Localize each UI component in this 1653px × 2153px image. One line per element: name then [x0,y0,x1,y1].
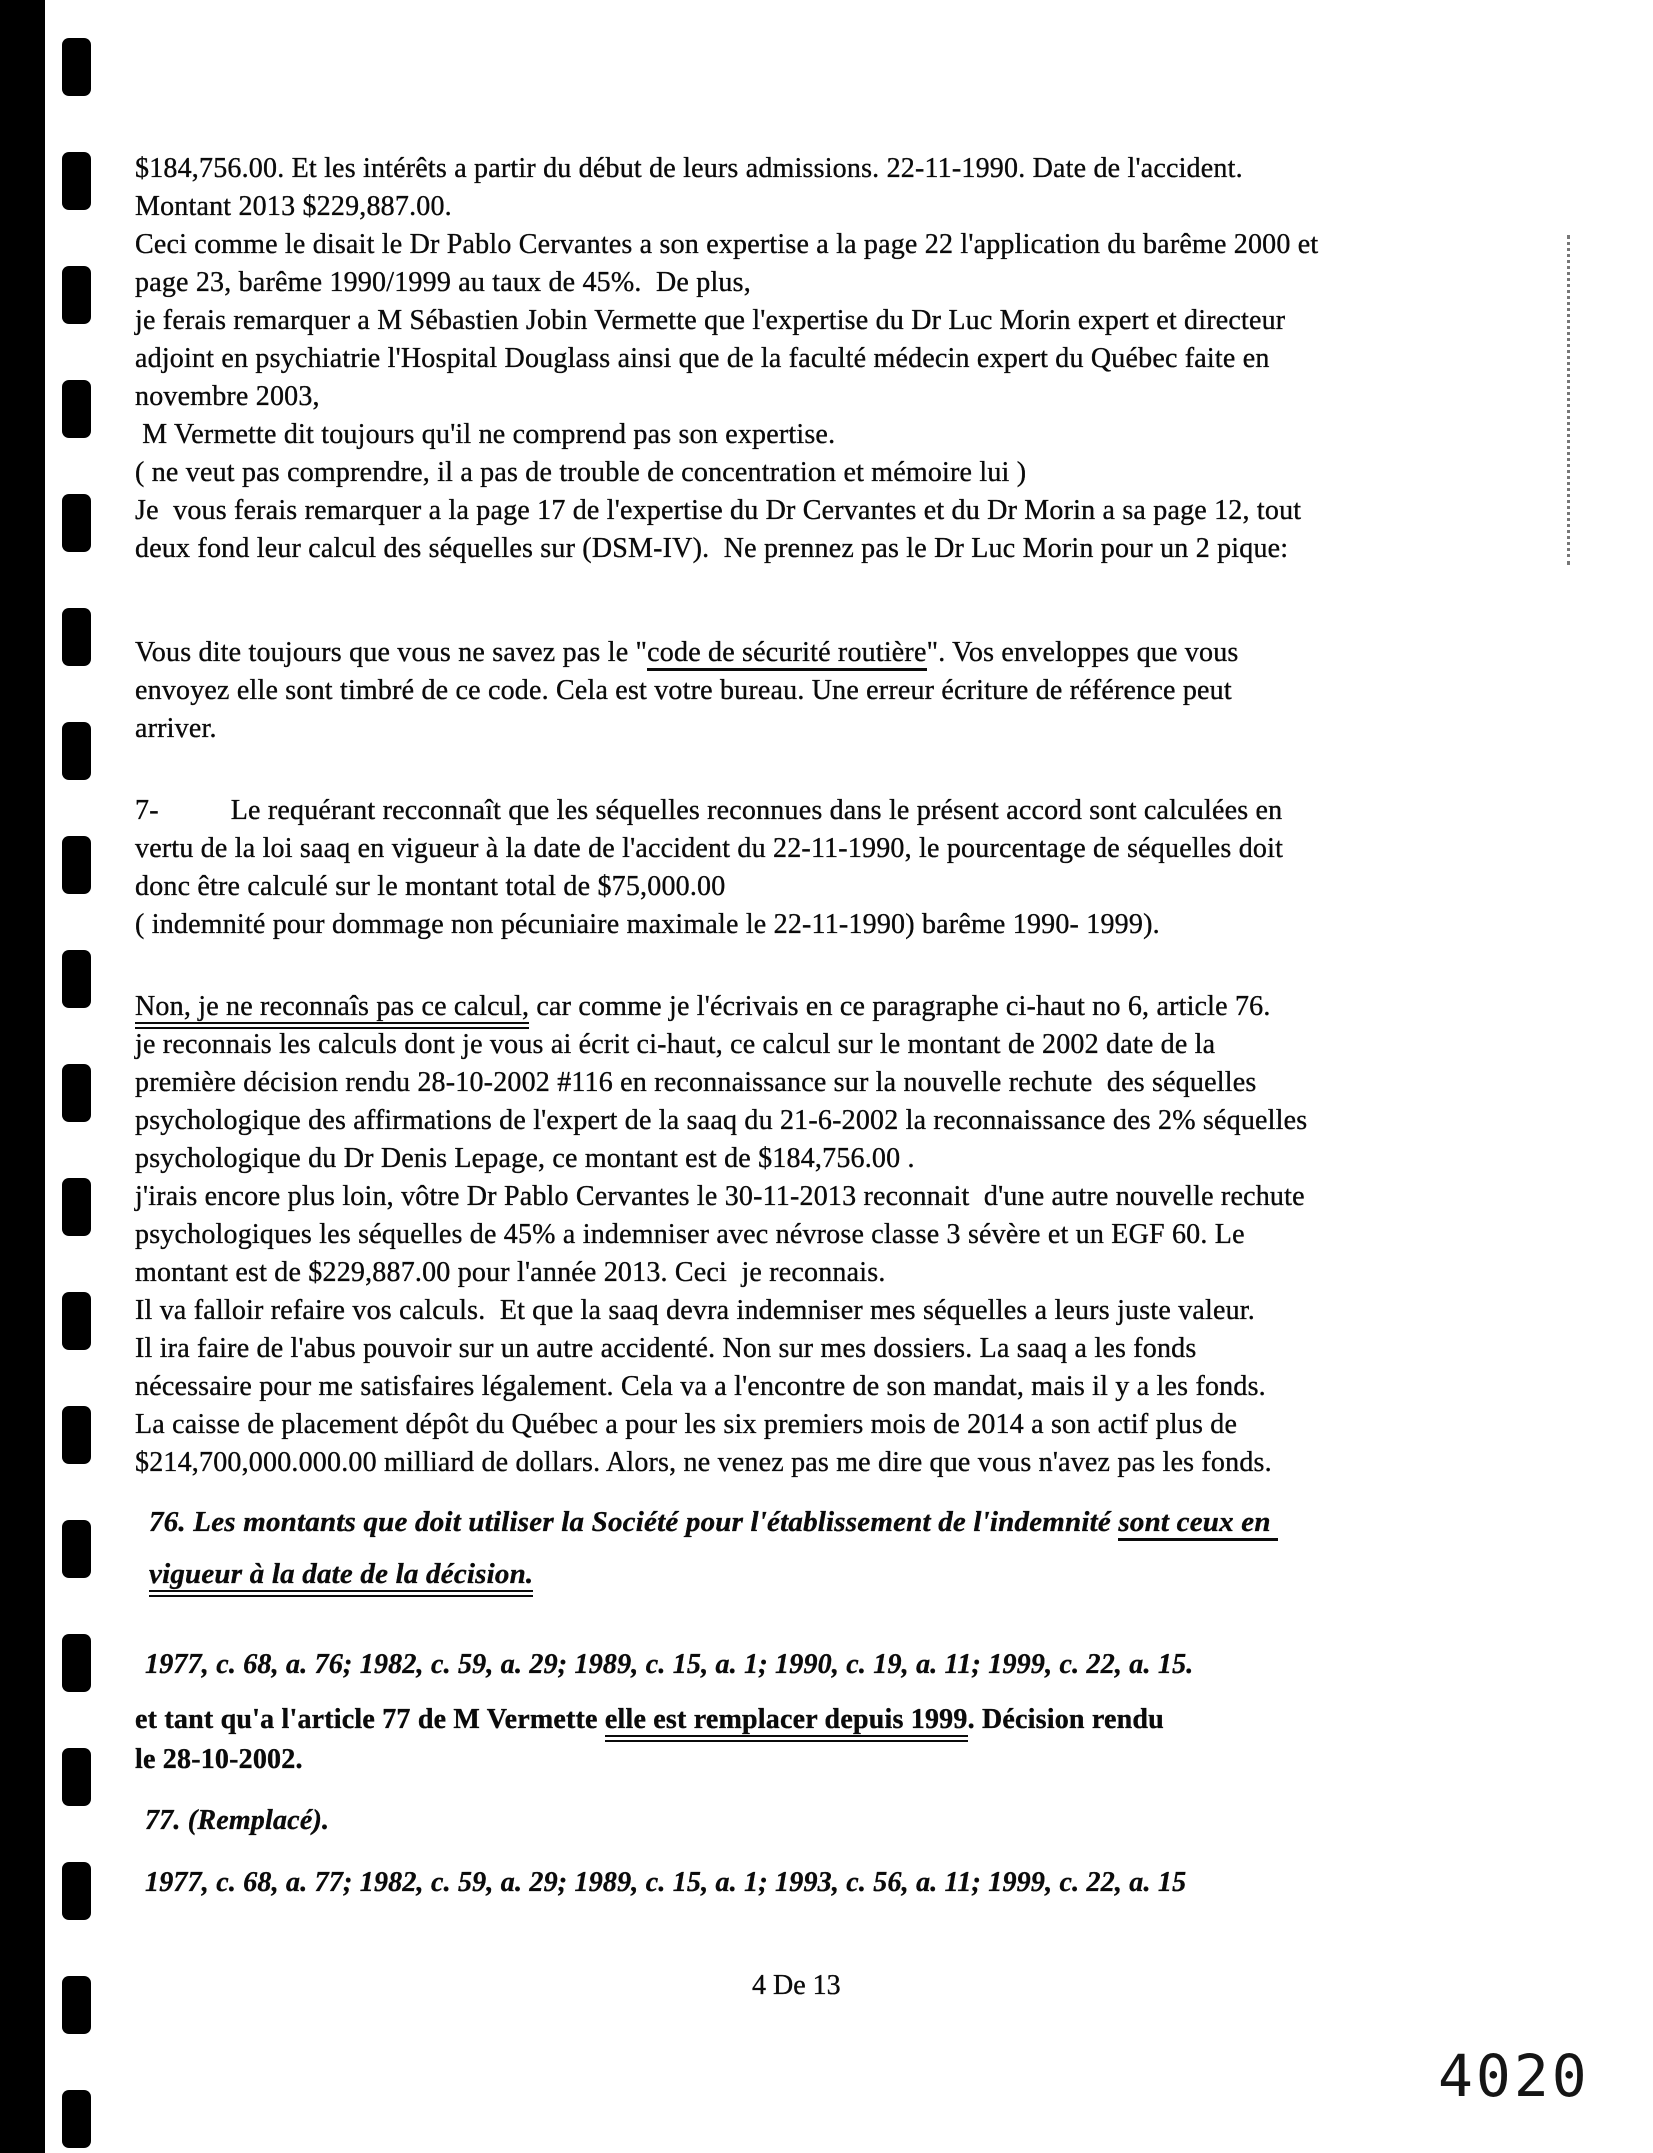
paragraph-code-securite: Vous dite toujours que vous ne savez pas… [135,634,1580,748]
text-line: M Vermette dit toujours qu'il ne compren… [135,416,1580,454]
text-segment: page 23, barême 1990/1999 au taux de 45%… [135,267,751,298]
text-segment: 1977, c. 68, a. 76; 1982, c. 59, a. 29; … [145,1649,1194,1680]
text-segment: ( indemnité pour dommage non pécuniaire … [135,909,1160,940]
binding-hole [62,950,91,1008]
text-segment: vertu de la loi saaq en vigueur à la dat… [135,833,1283,864]
text-line: nécessaire pour me satisfaires légalemen… [135,1368,1580,1406]
binding-hole [62,2090,91,2148]
text-segment: $214,700,000.000.00 milliard de dollars.… [135,1447,1272,1478]
text-segment: 7- Le requérant recconnaît que les séque… [135,795,1282,826]
text-line: 1977, c. 68, a. 77; 1982, c. 59, a. 29; … [145,1864,1580,1902]
text-segment: nécessaire pour me satisfaires légalemen… [135,1371,1266,1402]
binding-hole [62,38,91,96]
text-segment: le 28-10-2002. [135,1744,303,1775]
text-segment: Il ira faire de l'abus pouvoir sur un au… [135,1333,1196,1364]
text-line: 7- Le requérant recconnaît que les séque… [135,792,1580,830]
paragraph-clause-7: 7- Le requérant recconnaît que les séque… [135,792,1580,944]
binding-hole [62,1292,91,1350]
binding-hole [62,1976,91,2034]
paragraph-article-77-note: et tant qu'a l'article 77 de M Vermette … [135,1700,1580,1780]
text-segment: Montant 2013 $229,887.00. [135,191,452,222]
text-segment: novembre 2003, [135,381,320,412]
binding-hole [62,152,91,210]
document-body: $184,756.00. Et les intérêts a partir du… [135,150,1580,1902]
text-line: première décision rendu 28-10-2002 #116 … [135,1064,1580,1102]
text-line: $184,756.00. Et les intérêts a partir du… [135,150,1580,188]
text-line: 1977, c. 68, a. 76; 1982, c. 59, a. 29; … [145,1646,1580,1684]
text-line: novembre 2003, [135,378,1580,416]
text-line: Ceci comme le disait le Dr Pablo Cervant… [135,226,1580,264]
binding-strip [0,0,110,2153]
underlined-text-segment: sont ceux en [1118,1506,1278,1541]
paragraph-article-77: 77. (Remplacé). [135,1802,1580,1840]
text-line: donc être calculé sur le montant total d… [135,868,1580,906]
text-line: montant est de $229,887.00 pour l'année … [135,1254,1580,1292]
text-line: 76. Les montants que doit utiliser la So… [135,1496,1580,1548]
binding-hole [62,608,91,666]
text-segment: ( ne veut pas comprendre, il a pas de tr… [135,457,1026,488]
binding-hole [62,722,91,780]
binding-hole [62,266,91,324]
binding-hole [62,380,91,438]
binding-hole [62,1634,91,1692]
text-line: psychologique des affirmations de l'expe… [135,1102,1580,1140]
underlined-text-segment: elle est remplacer depuis 1999 [605,1704,968,1742]
text-segment: je reconnais les calculs dont je vous ai… [135,1029,1215,1060]
text-segment: La caisse de placement dépôt du Québec a… [135,1409,1237,1440]
text-segment: car comme je l'écrivais en ce paragraphe… [529,991,1270,1022]
text-segment: et tant qu'a l'article 77 de M Vermette [135,1704,605,1735]
text-segment: 1977, c. 68, a. 77; 1982, c. 59, a. 29; … [145,1867,1186,1898]
text-line: $214,700,000.000.00 milliard de dollars.… [135,1444,1580,1482]
underlined-text-segment: Non, je ne reconnaîs pas ce calcul, [135,991,529,1029]
text-line: ( ne veut pas comprendre, il a pas de tr… [135,454,1580,492]
text-line: Il va falloir refaire vos calculs. Et qu… [135,1292,1580,1330]
citation-article-77: 1977, c. 68, a. 77; 1982, c. 59, a. 29; … [135,1864,1580,1902]
binding-hole [62,494,91,552]
text-segment: psychologique du Dr Denis Lepage, ce mon… [135,1143,915,1174]
text-segment: psychologiques les séquelles de 45% a in… [135,1219,1245,1250]
text-line: le 28-10-2002. [135,1740,1580,1780]
text-segment: Ceci comme le disait le Dr Pablo Cervant… [135,229,1318,260]
text-line: deux fond leur calcul des séquelles sur … [135,530,1580,568]
text-segment: première décision rendu 28-10-2002 #116 … [135,1067,1256,1098]
underlined-text-segment: code de sécurité routière [647,637,926,671]
text-line: je reconnais les calculs dont je vous ai… [135,1026,1580,1064]
text-line: adjoint en psychiatrie l'Hospital Dougla… [135,340,1580,378]
text-line: Vous dite toujours que vous ne savez pas… [135,634,1580,672]
text-segment: Je vous ferais remarquer a la page 17 de… [135,495,1301,526]
text-line: et tant qu'a l'article 77 de M Vermette … [135,1700,1580,1740]
text-line: La caisse de placement dépôt du Québec a… [135,1406,1580,1444]
text-segment: deux fond leur calcul des séquelles sur … [135,533,1288,564]
text-segment: Il va falloir refaire vos calculs. Et qu… [135,1295,1255,1326]
text-line: psychologiques les séquelles de 45% a in… [135,1216,1580,1254]
paragraph-article-76: 76. Les montants que doit utiliser la So… [135,1496,1580,1600]
text-line: je ferais remarquer a M Sébastien Jobin … [135,302,1580,340]
binding-hole [62,1862,91,1920]
text-line: 77. (Remplacé). [145,1802,1580,1840]
text-line: arriver. [135,710,1580,748]
page-number: 4 De 13 [752,1970,841,2002]
text-line: vigueur à la date de la décision. [135,1548,1580,1600]
binding-hole [62,1178,91,1236]
bates-stamp-number: 4020 [1438,2042,1590,2110]
text-segment: 77. (Remplacé). [145,1805,329,1836]
text-line: vertu de la loi saaq en vigueur à la dat… [135,830,1580,868]
binding-hole [62,1520,91,1578]
text-segment: adjoint en psychiatrie l'Hospital Dougla… [135,343,1270,374]
scan-artifact-dotted-line [1567,235,1570,565]
text-segment: ". Vos enveloppes que vous [927,637,1239,668]
paragraph-amounts-intro: $184,756.00. Et les intérêts a partir du… [135,150,1580,568]
binding-hole [62,836,91,894]
binding-hole [62,1748,91,1806]
text-segment: donc être calculé sur le montant total d… [135,871,725,902]
text-line: j'irais encore plus loin, vôtre Dr Pablo… [135,1178,1580,1216]
text-segment: 76. Les montants que doit utiliser la So… [149,1506,1118,1538]
text-line: ( indemnité pour dommage non pécuniaire … [135,906,1580,944]
text-line: psychologique du Dr Denis Lepage, ce mon… [135,1140,1580,1178]
text-line: envoyez elle sont timbré de ce code. Cel… [135,672,1580,710]
binding-hole [62,1406,91,1464]
text-segment: arriver. [135,713,217,744]
binding-hole [62,1064,91,1122]
text-line: Non, je ne reconnaîs pas ce calcul, car … [135,988,1580,1026]
text-segment: montant est de $229,887.00 pour l'année … [135,1257,886,1288]
text-line: Il ira faire de l'abus pouvoir sur un au… [135,1330,1580,1368]
text-line: Montant 2013 $229,887.00. [135,188,1580,226]
text-segment: psychologique des affirmations de l'expe… [135,1105,1307,1136]
text-segment: j'irais encore plus loin, vôtre Dr Pablo… [135,1181,1305,1212]
underlined-text-segment: vigueur à la date de la décision. [149,1558,533,1597]
text-line: Je vous ferais remarquer a la page 17 de… [135,492,1580,530]
text-segment: $184,756.00. Et les intérêts a partir du… [135,153,1243,184]
text-segment: M Vermette dit toujours qu'il ne compren… [135,419,835,450]
text-segment: . Décision rendu [968,1704,1164,1735]
paragraph-refusal-calcul: Non, je ne reconnaîs pas ce calcul, car … [135,988,1580,1482]
citation-article-76: 1977, c. 68, a. 76; 1982, c. 59, a. 29; … [135,1646,1580,1684]
text-segment: envoyez elle sont timbré de ce code. Cel… [135,675,1232,706]
text-segment: Vous dite toujours que vous ne savez pas… [135,637,647,668]
text-line: page 23, barême 1990/1999 au taux de 45%… [135,264,1580,302]
scanned-document-page: $184,756.00. Et les intérêts a partir du… [0,0,1653,2153]
text-segment: je ferais remarquer a M Sébastien Jobin … [135,305,1285,336]
